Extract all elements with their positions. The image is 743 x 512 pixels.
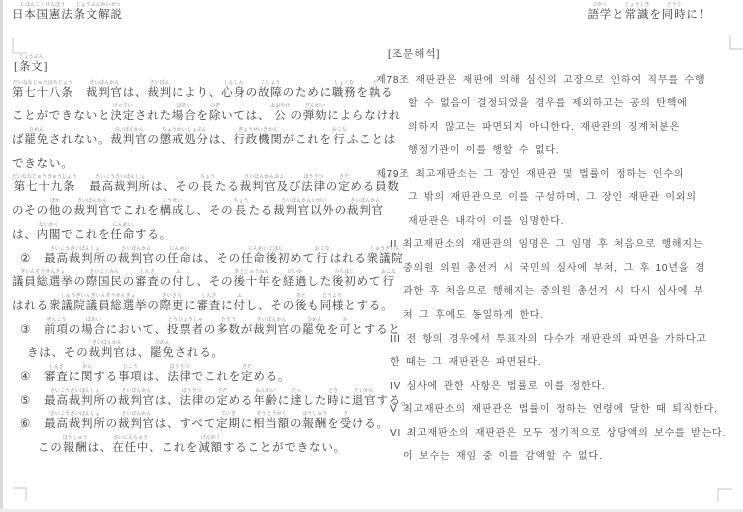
kr-text-line: 그 밖의 재판관으로 이를 구성하며, 그 장인 재판관 이외의 (0, 180, 743, 204)
scanned-book-spread: にほんこくけんぽう日本国憲法じょうぶんかいせつ条文解説 [じょうぶん条文] だい… (0, 0, 743, 512)
kr-text-line: II 최고재판소의 재판관의 임명은 그 임명 후 처음으로 행해지는 (0, 227, 743, 251)
kr-text-line: III 전 항의 경우에서 투표자의 다수가 재판관의 파면을 가하다고 (0, 321, 743, 345)
crop-mark-top-right (729, 35, 743, 50)
kr-text-line: 재판관은 내각이 이를 임명한다. (0, 203, 743, 227)
kr-text-line: 행정기관이 이를 행할 수 없다. (0, 133, 743, 157)
left-page-title: にほんこくけんぽう日本国憲法じょうぶんかいせつ条文解説 (12, 3, 123, 22)
crop-mark-bottom-right (717, 488, 732, 502)
korean-translation-text: 제78조 재판관은 재판에 의해 심신의 고장으로 인하여 직무를 수행할 수 … (0, 62, 743, 462)
kr-text-line: 쳐 그 후에도 동일하게 한다. (0, 297, 743, 321)
kr-text-line: 의하지 않고는 파면되지 아니한다. 재판관의 징계처분은 (0, 109, 743, 133)
kr-text-line: 제79조 최고재판소는 그 장인 재판관 및 법률이 정하는 인수의 (0, 156, 743, 180)
kr-text-line: 이 보수는 재임 중 이를 감액할 수 없다. (0, 439, 743, 463)
section-label-jomun-haeseok: [조문해석] (388, 46, 440, 61)
kr-text-line: 할 수 없음이 결정되었을 경우를 제외하고는 공의 탄핵에 (0, 86, 743, 110)
kr-text-line: 중의원 의원 총선거 시 국민의 심사에 부쳐, 그 후 10년을 경 (0, 250, 743, 274)
kr-text-line: 제78조 재판관은 재판에 의해 심신의 고장으로 인하여 직무를 수행 (0, 62, 743, 86)
kr-text-line: 과한 후 처음으로 행해지는 중의원 총선거 시 다시 심사에 부 (0, 274, 743, 298)
crop-mark-bottom-left (13, 487, 27, 501)
kr-text-line: VI 최고재판소의 재판관은 모두 정기적으로 상당액의 보수를 받는다. (0, 415, 743, 439)
right-page-slogan: ごがく語学とじょうしき常識をどうじ同時に！ (588, 3, 711, 22)
kr-text-line: V 최고재판소의 재판관은 법률이 정하는 연령에 달한 때 퇴직한다. (0, 392, 743, 416)
crop-mark-top-left (12, 38, 27, 54)
kr-text-line: IV 심사에 관한 사항은 법률로 이를 정한다. (0, 368, 743, 392)
kr-text-line: 한 때는 그 재판관은 파면된다. (0, 345, 743, 369)
